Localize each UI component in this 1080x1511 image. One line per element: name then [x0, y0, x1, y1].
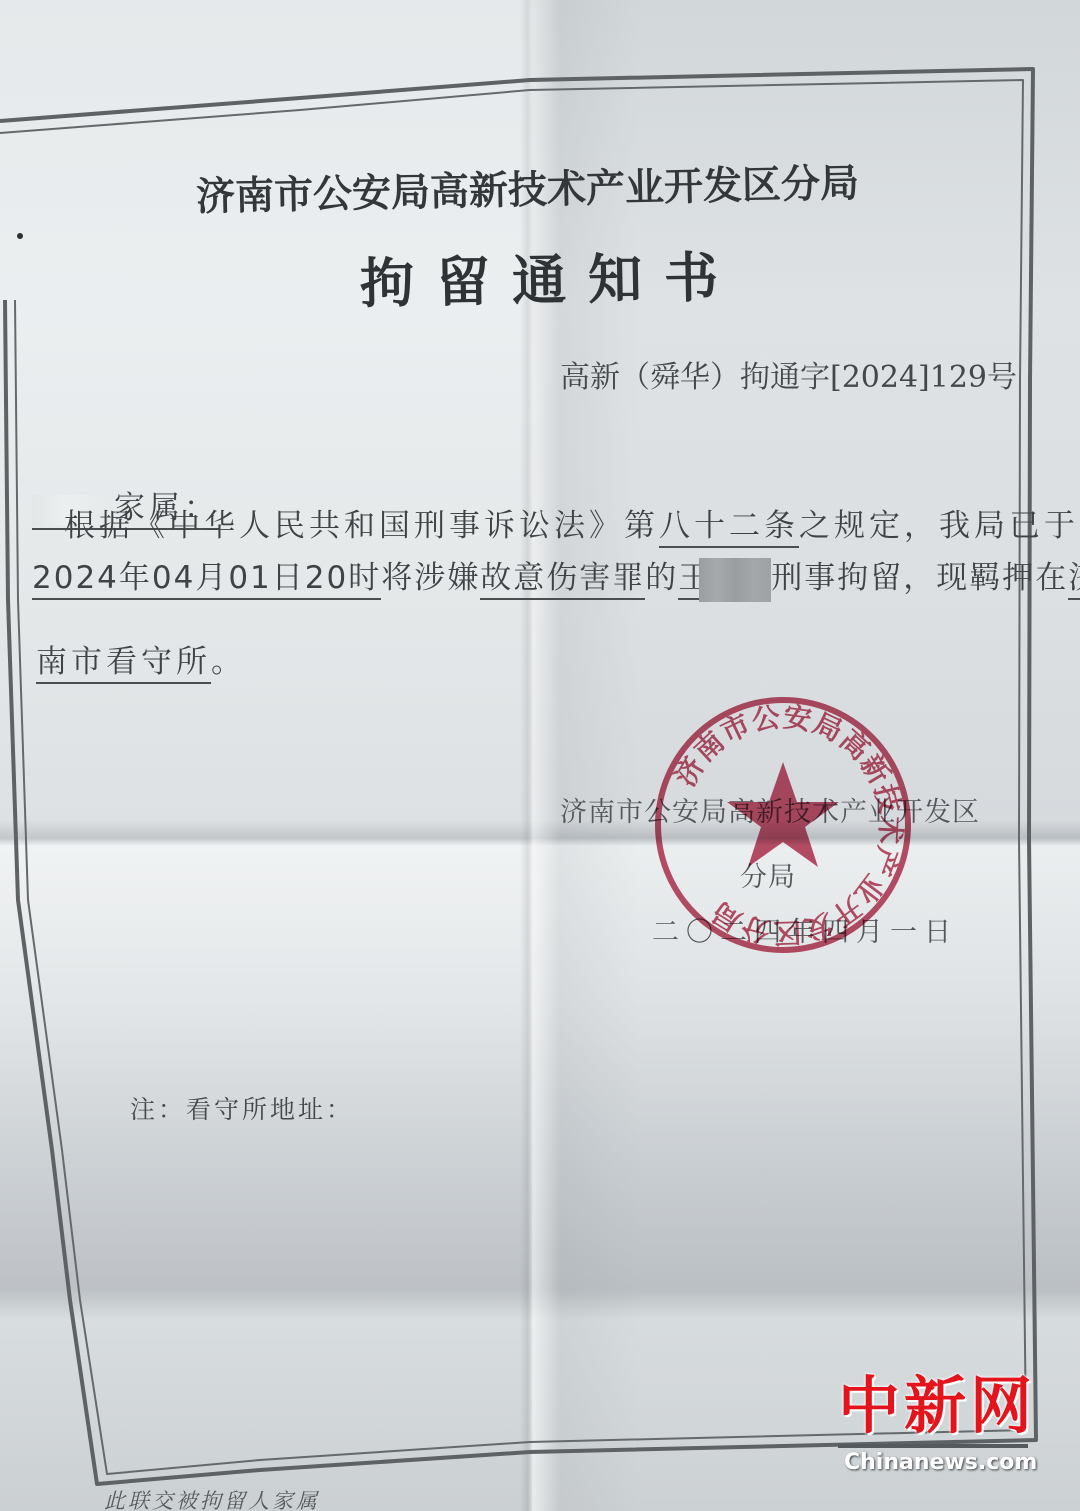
- ink-speck: [17, 233, 23, 239]
- body-line-1: 根据《中华人民共和国刑事诉讼法》第八十二条之规定，我局已于: [64, 500, 1079, 545]
- detention-datetime: 2024年04月01日20时: [32, 560, 381, 600]
- detainee-name: 王: [678, 560, 771, 600]
- footer-copy-note: 此联交被拘留人家属: [104, 1485, 320, 1511]
- chinanews-watermark: 中新网 Chinanews.com: [838, 1370, 1038, 1475]
- charge: 故意伤害罪: [480, 560, 645, 600]
- watermark-logo-cn: 中新网: [838, 1370, 1038, 1442]
- watermark-divider: [838, 1444, 1028, 1448]
- redacted-name: [699, 558, 771, 602]
- official-seal: 济南市公安局高新技术产业开发区分局: [648, 690, 918, 960]
- star-icon: [727, 762, 839, 867]
- watermark-logo-en: Chinanews.com: [838, 1450, 1038, 1475]
- body-line-3: 南市看守所。: [36, 636, 246, 681]
- document-number: 高新（舜华）拘通字[2024]129号: [560, 352, 1017, 396]
- document-title: 拘留通知书: [359, 235, 740, 319]
- paper-background: [0, 0, 1080, 1511]
- body-line-2: 2024年04月01日20时将涉嫌故意伤害罪的王刑事拘留，现羁押在济: [32, 552, 1080, 602]
- note-detention-center-address: 注：看守所地址：: [130, 1090, 354, 1126]
- law-article: 八十二条: [659, 508, 799, 548]
- detention-facility: 南市看守所: [36, 644, 211, 684]
